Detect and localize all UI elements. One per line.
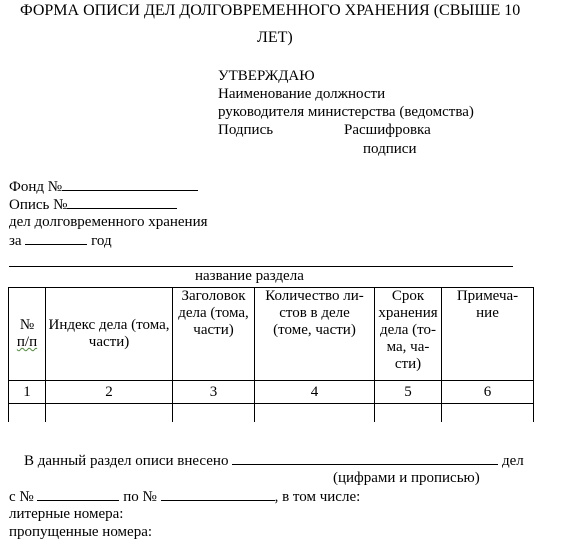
table-row bbox=[9, 404, 534, 423]
table-header-row: № п/п Индекс дела (тома, части) Заголово… bbox=[9, 288, 534, 381]
approval-heading: УТВЕРЖДАЮ bbox=[218, 68, 315, 85]
column-number: 6 bbox=[442, 381, 534, 404]
header-storage-period: Срок хранения дела (то-ма, ча-сти) bbox=[375, 288, 442, 381]
approval-decoding-label: Расшифровка bbox=[344, 122, 431, 139]
column-number: 1 bbox=[9, 381, 46, 404]
column-number: 4 bbox=[255, 381, 375, 404]
table-cell[interactable] bbox=[9, 404, 46, 423]
header-case-title: Заголовок дела (тома, части) bbox=[173, 288, 255, 381]
form-title-line1: ФОРМА ОПИСИ ДЕЛ ДОЛГОВРЕМЕННОГО ХРАНЕНИЯ… bbox=[20, 2, 520, 19]
section-name-field[interactable] bbox=[9, 266, 513, 267]
header-case-index: Индекс дела (тома, части) bbox=[46, 288, 173, 381]
section-name-caption: название раздела bbox=[195, 268, 304, 285]
entered-row: В данный раздел описи внесено дел bbox=[24, 452, 524, 470]
approval-decoding-label-line2: подписи bbox=[363, 141, 416, 158]
inventory-number-row: Опись № bbox=[9, 196, 177, 214]
entered-hint: (цифрами и прописью) bbox=[333, 470, 480, 487]
table-cell[interactable] bbox=[255, 404, 375, 423]
missing-numbers-label: пропущенные номера: bbox=[9, 524, 152, 541]
entered-count-field[interactable] bbox=[232, 452, 498, 465]
year-prefix: за bbox=[9, 233, 22, 249]
approval-position-line1: Наименование должности bbox=[218, 86, 385, 103]
from-label: с № bbox=[9, 489, 34, 505]
fund-number-field[interactable] bbox=[62, 178, 198, 191]
inventory-number-field[interactable] bbox=[67, 196, 177, 209]
to-label: по № bbox=[123, 489, 157, 505]
cases-label: дел долговременного хранения bbox=[9, 214, 208, 231]
inventory-table: № п/п Индекс дела (тома, части) Заголово… bbox=[8, 287, 534, 422]
year-field[interactable] bbox=[25, 232, 87, 245]
year-row: за год bbox=[9, 232, 112, 250]
cases-word: дел bbox=[502, 453, 524, 469]
column-number: 2 bbox=[46, 381, 173, 404]
table-cell[interactable] bbox=[442, 404, 534, 423]
column-number: 3 bbox=[173, 381, 255, 404]
column-number: 5 bbox=[375, 381, 442, 404]
entered-label: В данный раздел описи внесено bbox=[24, 453, 228, 469]
table-cell[interactable] bbox=[173, 404, 255, 423]
approval-signature-label: Подпись bbox=[218, 122, 273, 139]
fund-number-row: Фонд № bbox=[9, 178, 198, 196]
table-cell[interactable] bbox=[375, 404, 442, 423]
including-label: , в том числе: bbox=[275, 489, 361, 505]
header-note: Примеча-ние bbox=[442, 288, 534, 381]
range-row: с № по № , в том числе: bbox=[9, 488, 360, 506]
fund-number-label: Фонд № bbox=[9, 179, 62, 195]
letter-numbers-label: литерные номера: bbox=[9, 506, 123, 523]
form-title-line2: ЛЕТ) bbox=[257, 29, 293, 46]
column-number-row: 1 2 3 4 5 6 bbox=[9, 381, 534, 404]
header-sheet-count: Количество ли-стов в деле (томе, части) bbox=[255, 288, 375, 381]
year-suffix: год bbox=[91, 233, 111, 249]
from-number-field[interactable] bbox=[37, 488, 119, 501]
table-cell[interactable] bbox=[46, 404, 173, 423]
to-number-field[interactable] bbox=[161, 488, 275, 501]
approval-position-line2: руководителя министерства (ведомства) bbox=[218, 104, 474, 121]
header-number: № п/п bbox=[9, 288, 46, 381]
inventory-number-label: Опись № bbox=[9, 197, 67, 213]
